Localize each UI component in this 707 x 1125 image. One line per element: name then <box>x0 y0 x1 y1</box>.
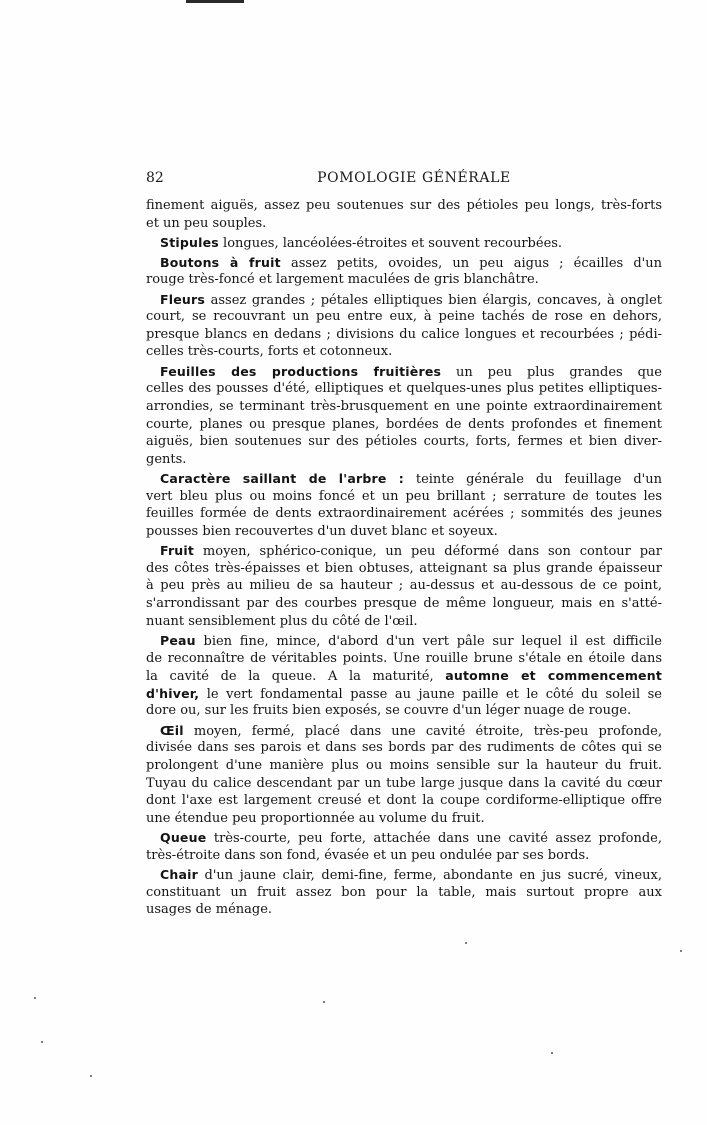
page-header: 82 POMOLOGIE GÉNÉRALE <box>146 170 662 190</box>
text-line: usages de ménage. <box>146 901 662 919</box>
line-text: usages de ménage. <box>146 902 272 917</box>
text-line: la cavité de la queue. A la maturité, au… <box>146 667 662 685</box>
line-text: le vert fondamental passe au jaune paill… <box>199 687 662 702</box>
line-text: constituant un fruit assez bon pour la t… <box>146 885 662 900</box>
line-text: finement aiguës, assez peu soutenues sur… <box>146 198 662 213</box>
line-text: teinte générale du feuillage d'un <box>404 472 662 487</box>
line-text: aiguës, bien soutenues sur des pétioles … <box>146 434 662 449</box>
text-line: dore ou, sur les fruits bien exposés, se… <box>146 702 662 720</box>
line-text: gents. <box>146 452 186 467</box>
line-text: d'un jaune clair, demi-fine, ferme, abon… <box>198 868 662 883</box>
line-text: longues, lancéolées-étroites et souvent … <box>219 236 562 251</box>
line-text: moyen, fermé, placé dans une cavité étro… <box>184 724 662 739</box>
line-text: une étendue peu proportionnée au volume … <box>146 811 485 826</box>
bold-term: d'hiver, <box>146 686 199 701</box>
text-line: très-étroite dans son fond, évasée et un… <box>146 847 662 865</box>
text-line: d'hiver, le vert fondamental passe au ja… <box>146 685 662 703</box>
scan-edge-mark <box>186 0 244 3</box>
text-line: Queue très-courte, peu forte, attachée d… <box>146 829 662 847</box>
text-line: celles très-courts, forts et cotonneux. <box>146 343 662 361</box>
line-text: dore ou, sur les fruits bien exposés, se… <box>146 703 631 718</box>
body-text: finement aiguës, assez peu soutenues sur… <box>146 197 662 919</box>
bold-term: Fruit <box>160 543 194 558</box>
line-text: à peu près au milieu de sa hauteur ; au-… <box>146 578 662 593</box>
text-line: à peu près au milieu de sa hauteur ; au-… <box>146 577 662 595</box>
line-text: arrondies, se terminant très-brusquement… <box>146 399 662 414</box>
line-text: celles des pousses d'été, elliptiques et… <box>146 381 662 396</box>
line-text: feuilles formée de dents extraordinairem… <box>146 506 662 521</box>
paragraph: finement aiguës, assez peu soutenues sur… <box>146 197 662 232</box>
bold-term: Œil <box>160 723 184 738</box>
bold-term: Feuilles des productions fruitières <box>160 364 441 379</box>
line-text: et un peu souples. <box>146 216 266 231</box>
line-text: dont l'axe est largement creusé et dont … <box>146 793 662 808</box>
text-line: des côtes très-épaisses et bien obtuses,… <box>146 560 662 578</box>
line-text: la cavité de la queue. A la maturité, <box>146 669 445 684</box>
bold-term: automne et commencement <box>445 668 662 683</box>
line-text: rouge très-foncé et largement maculées d… <box>146 272 539 287</box>
text-line: rouge très-foncé et largement maculées d… <box>146 271 662 289</box>
bold-term: Peau <box>160 633 196 648</box>
text-line: Feuilles des productions fruitières un p… <box>146 363 662 381</box>
scan-speck <box>41 1041 43 1043</box>
line-text: très-courte, peu forte, attachée dans un… <box>206 831 662 846</box>
bold-term: Caractère saillant de l'arbre : <box>160 471 404 486</box>
line-text: des côtes très-épaisses et bien obtuses,… <box>146 561 662 576</box>
text-line: pousses bien recouvertes d'un duvet blan… <box>146 523 662 541</box>
text-line: et un peu souples. <box>146 215 662 233</box>
text-line: vert bleu plus ou moins foncé et un peu … <box>146 488 662 506</box>
line-text: nuant sensiblement plus du côté de l'œil… <box>146 614 418 629</box>
paragraph: Stipules longues, lancéolées-étroites et… <box>146 234 662 252</box>
line-text: presque blancs en dedans ; divisions du … <box>146 327 662 342</box>
paragraph: Œil moyen, fermé, placé dans une cavité … <box>146 722 662 827</box>
text-line: arrondies, se terminant très-brusquement… <box>146 398 662 416</box>
text-line: Tuyau du calice descendant par un tube l… <box>146 775 662 793</box>
paragraph: Boutons à fruit assez petits, ovoides, u… <box>146 254 662 289</box>
line-text: assez grandes ; pétales elliptiques bien… <box>205 293 662 308</box>
text-line: feuilles formée de dents extraordinairem… <box>146 505 662 523</box>
line-text: pousses bien recouvertes d'un duvet blan… <box>146 524 498 539</box>
line-text: divisée dans ses parois et dans ses bord… <box>146 740 662 755</box>
text-line: dont l'axe est largement creusé et dont … <box>146 792 662 810</box>
scan-speck <box>680 950 682 952</box>
line-text: Tuyau du calice descendant par un tube l… <box>146 776 662 791</box>
text-line: gents. <box>146 451 662 469</box>
text-line: Peau bien fine, mince, d'abord d'un vert… <box>146 632 662 650</box>
paragraph: Fruit moyen, sphérico-conique, un peu dé… <box>146 542 662 630</box>
bold-term: Chair <box>160 867 198 882</box>
text-line: nuant sensiblement plus du côté de l'œil… <box>146 613 662 631</box>
text-line: une étendue peu proportionnée au volume … <box>146 810 662 828</box>
running-title: POMOLOGIE GÉNÉRALE <box>146 170 662 186</box>
line-text: assez petits, ovoides, un peu aigus ; éc… <box>281 256 662 271</box>
bold-term: Stipules <box>160 235 219 250</box>
bold-term: Boutons à fruit <box>160 255 281 270</box>
text-line: court, se recouvrant un peu entre eux, à… <box>146 308 662 326</box>
text-line: presque blancs en dedans ; divisions du … <box>146 326 662 344</box>
text-line: celles des pousses d'été, elliptiques et… <box>146 380 662 398</box>
paragraph: Fleurs assez grandes ; pétales elliptiqu… <box>146 291 662 361</box>
line-text: s'arrondissant par des courbes presque d… <box>146 596 662 611</box>
line-text: de reconnaître de véritables points. Une… <box>146 651 662 666</box>
text-line: Boutons à fruit assez petits, ovoides, u… <box>146 254 662 272</box>
paragraph: Feuilles des productions fruitières un p… <box>146 363 662 468</box>
text-line: finement aiguës, assez peu soutenues sur… <box>146 197 662 215</box>
text-line: courte, planes ou presque planes, bordée… <box>146 416 662 434</box>
line-text: courte, planes ou presque planes, bordée… <box>146 417 662 432</box>
paragraph: Peau bien fine, mince, d'abord d'un vert… <box>146 632 662 720</box>
line-text: vert bleu plus ou moins foncé et un peu … <box>146 489 662 504</box>
line-text: prolongent d'une manière plus ou moins s… <box>146 758 662 773</box>
line-text: bien fine, mince, d'abord d'un vert pâle… <box>196 634 662 649</box>
scan-speck <box>465 942 467 944</box>
text-line: Chair d'un jaune clair, demi-fine, ferme… <box>146 866 662 884</box>
scan-speck <box>34 997 36 999</box>
text-line: constituant un fruit assez bon pour la t… <box>146 884 662 902</box>
text-line: aiguës, bien soutenues sur des pétioles … <box>146 433 662 451</box>
scan-speck <box>323 1001 325 1003</box>
line-text: celles très-courts, forts et cotonneux. <box>146 344 392 359</box>
scan-speck <box>90 1075 92 1077</box>
line-text: très-étroite dans son fond, évasée et un… <box>146 848 589 863</box>
text-line: Caractère saillant de l'arbre : teinte g… <box>146 470 662 488</box>
text-line: divisée dans ses parois et dans ses bord… <box>146 739 662 757</box>
scan-speck <box>551 1052 553 1054</box>
line-text: un peu plus grandes que <box>441 365 662 380</box>
bold-term: Queue <box>160 830 206 845</box>
line-text: moyen, sphérico-conique, un peu déformé … <box>194 544 662 559</box>
line-text: court, se recouvrant un peu entre eux, à… <box>146 309 662 324</box>
text-line: de reconnaître de véritables points. Une… <box>146 650 662 668</box>
text-line: prolongent d'une manière plus ou moins s… <box>146 757 662 775</box>
book-page: 82 POMOLOGIE GÉNÉRALE finement aiguës, a… <box>0 0 707 1125</box>
bold-term: Fleurs <box>160 292 205 307</box>
paragraph: Caractère saillant de l'arbre : teinte g… <box>146 470 662 540</box>
paragraph: Chair d'un jaune clair, demi-fine, ferme… <box>146 866 662 919</box>
text-line: Fleurs assez grandes ; pétales elliptiqu… <box>146 291 662 309</box>
text-line: Stipules longues, lancéolées-étroites et… <box>146 234 662 252</box>
text-line: Œil moyen, fermé, placé dans une cavité … <box>146 722 662 740</box>
text-line: Fruit moyen, sphérico-conique, un peu dé… <box>146 542 662 560</box>
text-line: s'arrondissant par des courbes presque d… <box>146 595 662 613</box>
paragraph: Queue très-courte, peu forte, attachée d… <box>146 829 662 864</box>
